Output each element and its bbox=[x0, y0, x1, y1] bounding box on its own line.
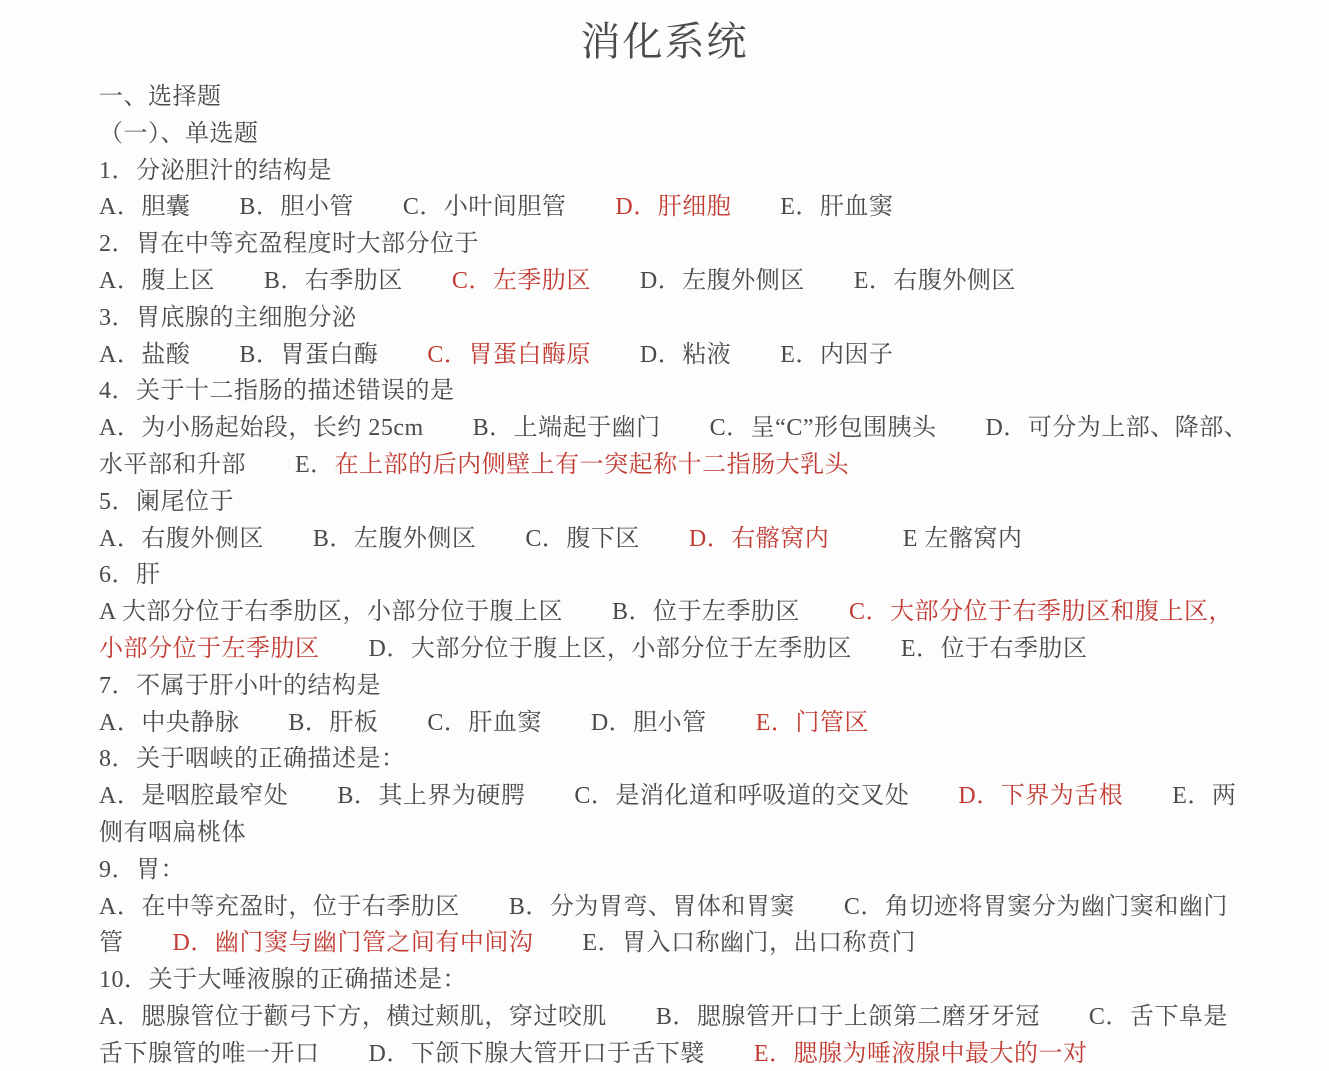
text-line: 一、选择题 bbox=[99, 79, 1329, 116]
text-segment: 5．阑尾位于 bbox=[99, 489, 234, 515]
text-segment: 舌下腺管的唯一开口 D．下颌下腺大管开口于舌下襞 bbox=[99, 1041, 754, 1067]
text-segment: 2．胃在中等充盈程度时大部分位于 bbox=[99, 231, 479, 257]
text-segment: 管 bbox=[99, 930, 173, 956]
text-segment: E．肝血窦 bbox=[731, 194, 893, 220]
text-line: 管 D．幽门窦与幽门管之间有中间沟 E．胃入口称幽门，出口称贲门 bbox=[99, 925, 1329, 962]
text-segment: E 左髂窝内 bbox=[829, 526, 1022, 552]
document-body: 一、选择题（一）、单选题1．分泌胆汁的结构是A．胆囊 B．胆小管 C．小叶间胆管… bbox=[99, 79, 1329, 1071]
text-line: A．是咽腔最窄处 B．其上界为硬腭 C．是消化道和呼吸道的交叉处 D．下界为舌根… bbox=[99, 778, 1329, 815]
text-segment: A．腮腺管位于颧弓下方，横过颊肌，穿过咬肌 B．腮腺管开口于上颌第二磨牙牙冠 C… bbox=[99, 1004, 1228, 1030]
text-line: A 大部分位于右季肋区，小部分位于腹上区 B．位于左季肋区 C．大部分位于右季肋… bbox=[99, 594, 1329, 631]
text-line: A．在中等充盈时，位于右季肋区 B．分为胃弯、胃体和胃窦 C．角切迹将胃窦分为幽… bbox=[99, 889, 1329, 926]
text-segment: A．中央静脉 B．肝板 C．肝血窦 D．胆小管 bbox=[99, 710, 756, 736]
answer-highlight: C．胃蛋白酶原 bbox=[427, 342, 591, 368]
text-segment: D．左腹外侧区 E．右腹外侧区 bbox=[591, 268, 1016, 294]
answer-highlight: 小部分位于左季肋区 bbox=[99, 636, 320, 662]
document-title: 消化系统 bbox=[0, 10, 1329, 67]
text-line: 9．胃： bbox=[99, 852, 1329, 889]
text-line: 小部分位于左季肋区 D．大部分位于腹上区，小部分位于左季肋区 E．位于右季肋区 bbox=[99, 631, 1329, 668]
text-line: 3．胃底腺的主细胞分泌 bbox=[99, 300, 1329, 337]
text-line: 5．阑尾位于 bbox=[99, 484, 1329, 521]
text-line: 舌下腺管的唯一开口 D．下颌下腺大管开口于舌下襞 E．腮腺为唾液腺中最大的一对 bbox=[99, 1036, 1329, 1071]
answer-highlight: E．门管区 bbox=[756, 710, 869, 736]
text-segment: A．腹上区 B．右季肋区 bbox=[99, 268, 452, 294]
text-line: 10．关于大唾液腺的正确描述是： bbox=[99, 962, 1329, 999]
text-line: A．腹上区 B．右季肋区 C．左季肋区 D．左腹外侧区 E．右腹外侧区 bbox=[99, 263, 1329, 300]
answer-highlight: C．左季肋区 bbox=[452, 268, 591, 294]
text-segment: D．大部分位于腹上区，小部分位于左季肋区 E．位于右季肋区 bbox=[320, 636, 1088, 662]
text-segment: 3．胃底腺的主细胞分泌 bbox=[99, 305, 357, 331]
text-segment: A．右腹外侧区 B．左腹外侧区 C．腹下区 bbox=[99, 526, 689, 552]
text-line: A．胆囊 B．胆小管 C．小叶间胆管 D．肝细胞 E．肝血窦 bbox=[99, 189, 1329, 226]
answer-highlight: D．肝细胞 bbox=[615, 194, 731, 220]
text-segment: 6．肝 bbox=[99, 562, 161, 588]
text-segment: 4．关于十二指肠的描述错误的是 bbox=[99, 378, 455, 404]
text-segment: 水平部和升部 E． bbox=[99, 452, 335, 478]
text-line: A．盐酸 B．胃蛋白酶 C．胃蛋白酶原 D．粘液 E．内因子 bbox=[99, 337, 1329, 374]
text-segment: （一）、单选题 bbox=[99, 121, 259, 147]
text-line: A．中央静脉 B．肝板 C．肝血窦 D．胆小管 E．门管区 bbox=[99, 705, 1329, 742]
text-segment: E．胃入口称幽门，出口称贲门 bbox=[533, 930, 916, 956]
document-page: 消化系统 一、选择题（一）、单选题1．分泌胆汁的结构是A．胆囊 B．胆小管 C．… bbox=[0, 0, 1329, 1071]
text-segment: 9．胃： bbox=[99, 857, 185, 883]
text-segment: D．粘液 E．内因子 bbox=[591, 342, 894, 368]
text-segment: 一、选择题 bbox=[99, 84, 222, 110]
text-segment: A．是咽腔最窄处 B．其上界为硬腭 C．是消化道和呼吸道的交叉处 bbox=[99, 783, 958, 809]
answer-highlight: 在上部的后内侧壁上有一突起称十二指肠大乳头 bbox=[335, 452, 850, 478]
text-line: A．为小肠起始段，长约 25cm B．上端起于幽门 C．呈“C”形包围胰头 D．… bbox=[99, 410, 1329, 447]
text-line: 1．分泌胆汁的结构是 bbox=[99, 153, 1329, 190]
answer-highlight: E．腮腺为唾液腺中最大的一对 bbox=[754, 1041, 1088, 1067]
text-segment: A．为小肠起始段，长约 25cm B．上端起于幽门 C．呈“C”形包围胰头 D．… bbox=[99, 415, 1248, 441]
text-line: 2．胃在中等充盈程度时大部分位于 bbox=[99, 226, 1329, 263]
text-segment: 侧有咽扁桃体 bbox=[99, 820, 246, 846]
text-line: 4．关于十二指肠的描述错误的是 bbox=[99, 373, 1329, 410]
text-line: （一）、单选题 bbox=[99, 116, 1329, 153]
answer-highlight: D．幽门窦与幽门管之间有中间沟 bbox=[173, 930, 534, 956]
text-line: A．右腹外侧区 B．左腹外侧区 C．腹下区 D．右髂窝内 E 左髂窝内 bbox=[99, 521, 1329, 558]
text-segment: A．胆囊 B．胆小管 C．小叶间胆管 bbox=[99, 194, 615, 220]
text-line: 水平部和升部 E．在上部的后内侧壁上有一突起称十二指肠大乳头 bbox=[99, 447, 1329, 484]
text-line: 8．关于咽峡的正确描述是： bbox=[99, 741, 1329, 778]
text-segment: 8．关于咽峡的正确描述是： bbox=[99, 746, 406, 772]
text-segment: 10．关于大唾液腺的正确描述是： bbox=[99, 967, 467, 993]
text-segment: 1．分泌胆汁的结构是 bbox=[99, 158, 332, 184]
answer-highlight: D．下界为舌根 bbox=[958, 783, 1123, 809]
text-segment: A．盐酸 B．胃蛋白酶 bbox=[99, 342, 427, 368]
text-segment: A．在中等充盈时，位于右季肋区 B．分为胃弯、胃体和胃窦 C．角切迹将胃窦分为幽… bbox=[99, 894, 1228, 920]
text-segment: 7．不属于肝小叶的结构是 bbox=[99, 673, 381, 699]
text-line: 6．肝 bbox=[99, 557, 1329, 594]
text-line: 7．不属于肝小叶的结构是 bbox=[99, 668, 1329, 705]
text-line: A．腮腺管位于颧弓下方，横过颊肌，穿过咬肌 B．腮腺管开口于上颌第二磨牙牙冠 C… bbox=[99, 999, 1329, 1036]
text-segment: E．两 bbox=[1123, 783, 1236, 809]
text-line: 侧有咽扁桃体 bbox=[99, 815, 1329, 852]
text-segment: A 大部分位于右季肋区，小部分位于腹上区 B．位于左季肋区 bbox=[99, 599, 849, 625]
answer-highlight: C．大部分位于右季肋区和腹上区， bbox=[849, 599, 1233, 625]
answer-highlight: D．右髂窝内 bbox=[689, 526, 829, 552]
